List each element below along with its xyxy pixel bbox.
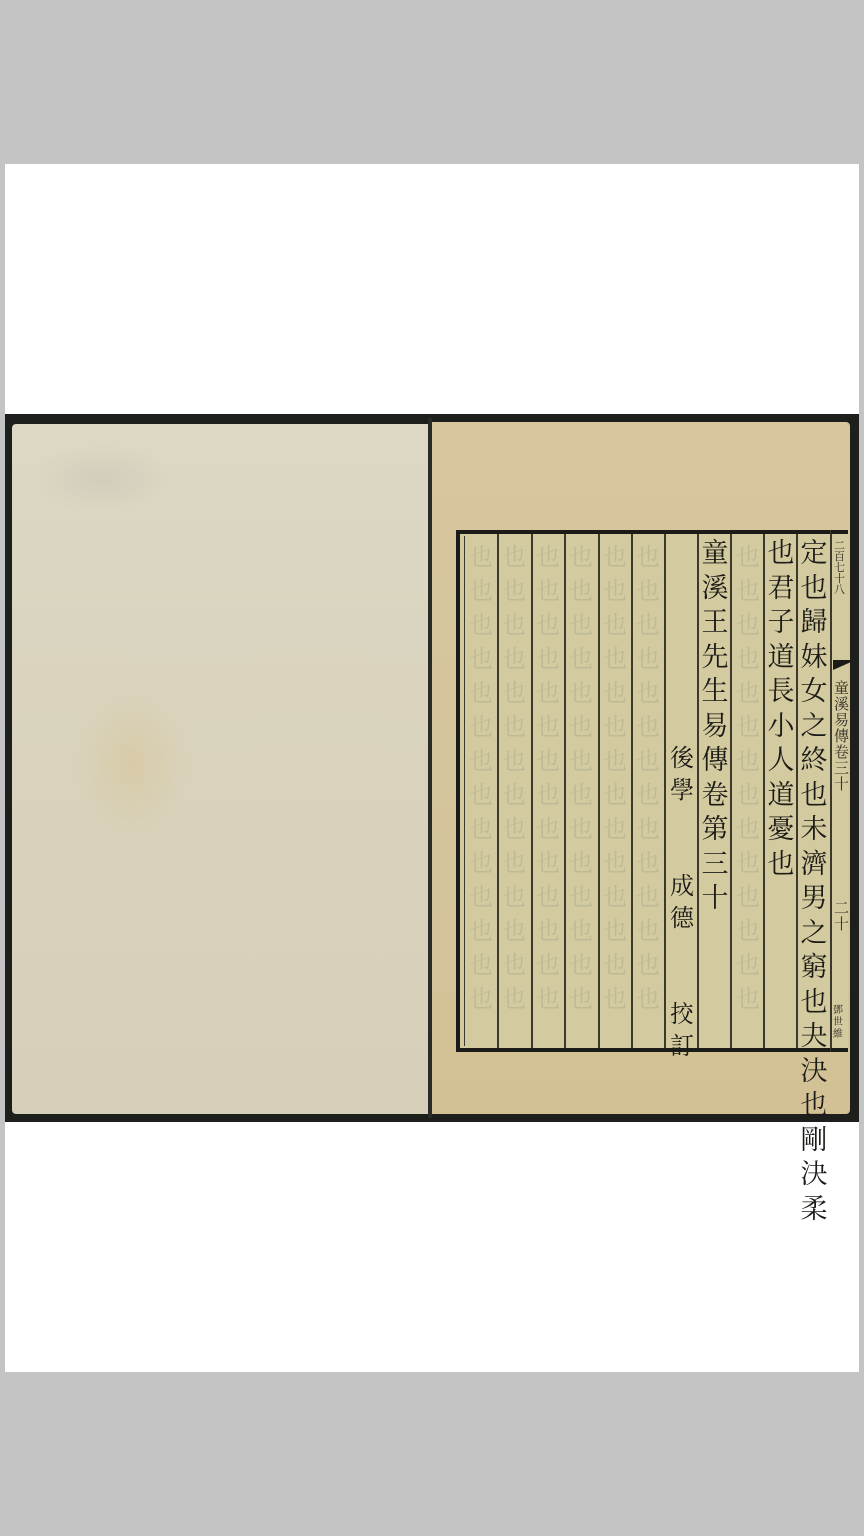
character: 剛: [801, 1124, 828, 1159]
text-column-1: 定也歸妹女之終也未濟男之窮也夬決也剛決柔: [798, 537, 830, 1227]
left-page-blank: [12, 424, 430, 1114]
character: 決: [801, 1158, 828, 1193]
character: 窮: [801, 951, 828, 986]
character: 傳: [702, 744, 729, 779]
character: 德: [670, 902, 694, 934]
character: [670, 806, 694, 838]
character: [670, 838, 694, 870]
character: 先: [702, 641, 729, 676]
character: [670, 966, 694, 998]
character: 小: [768, 710, 795, 745]
character: 十: [702, 882, 729, 917]
character: 溪: [702, 572, 729, 607]
character: 也: [768, 537, 795, 572]
character: 道: [768, 641, 795, 676]
character: 終: [801, 744, 828, 779]
character: 也: [768, 848, 795, 883]
page-count-top: 二百七十八: [834, 540, 845, 595]
character: 王: [702, 606, 729, 641]
character: 道: [768, 779, 795, 814]
character: 易: [702, 710, 729, 745]
character: 也: [801, 1089, 828, 1124]
character: 子: [768, 606, 795, 641]
character: 女: [801, 675, 828, 710]
character: 也: [801, 986, 828, 1021]
character: 定: [801, 537, 828, 572]
character: 憂: [768, 813, 795, 848]
show-through-text: 也也也也也也也也也也也也也也: [600, 540, 630, 1016]
book-gutter: [428, 418, 432, 1118]
text-column-editor: 後學 成德 挍訂: [666, 742, 698, 1062]
character: 成: [670, 870, 694, 902]
character: 柔: [801, 1193, 828, 1228]
character: [670, 934, 694, 966]
carver-name: 鄧世維: [833, 1005, 843, 1041]
text-column-title: 童溪王先生易傳卷第三十: [699, 537, 731, 917]
character: 訂: [670, 1030, 694, 1062]
character: 卷: [702, 779, 729, 814]
character: 也: [801, 572, 828, 607]
show-through-text: 也也也也也也也也也也也也也也: [733, 540, 763, 1016]
character: 濟: [801, 848, 828, 883]
text-column-2: 也君子道長小人道憂也: [765, 537, 797, 882]
character: 之: [801, 917, 828, 952]
character: 後: [670, 742, 694, 774]
character: 未: [801, 813, 828, 848]
character: 男: [801, 882, 828, 917]
paper-stain: [32, 444, 172, 514]
character: 妹: [801, 641, 828, 676]
character: 童: [702, 537, 729, 572]
character: 之: [801, 710, 828, 745]
character: 也: [801, 779, 828, 814]
show-through-text: 也也也也也也也也也也也也也也: [566, 540, 596, 1016]
fish-tail-mark: [833, 660, 851, 670]
character: 三: [702, 848, 729, 883]
character: 君: [768, 572, 795, 607]
show-through-text: 也也也也也也也也也也也也也也: [633, 540, 663, 1016]
character: 第: [702, 813, 729, 848]
paper-stain: [72, 684, 192, 844]
character: 決: [801, 1055, 828, 1090]
character: 學: [670, 774, 694, 806]
show-through-text: 也也也也也也也也也也也也也也: [466, 540, 496, 1016]
character: 生: [702, 675, 729, 710]
show-through-text: 也也也也也也也也也也也也也也: [499, 540, 529, 1016]
character: 夬: [801, 1020, 828, 1055]
show-through-text: 也也也也也也也也也也也也也也: [533, 540, 563, 1016]
character: 人: [768, 744, 795, 779]
character: 歸: [801, 606, 828, 641]
banxin-title: 童溪易傳卷三十: [834, 680, 849, 792]
character: 挍: [670, 998, 694, 1030]
character: 長: [768, 675, 795, 710]
leaf-number: 二十: [834, 900, 849, 932]
